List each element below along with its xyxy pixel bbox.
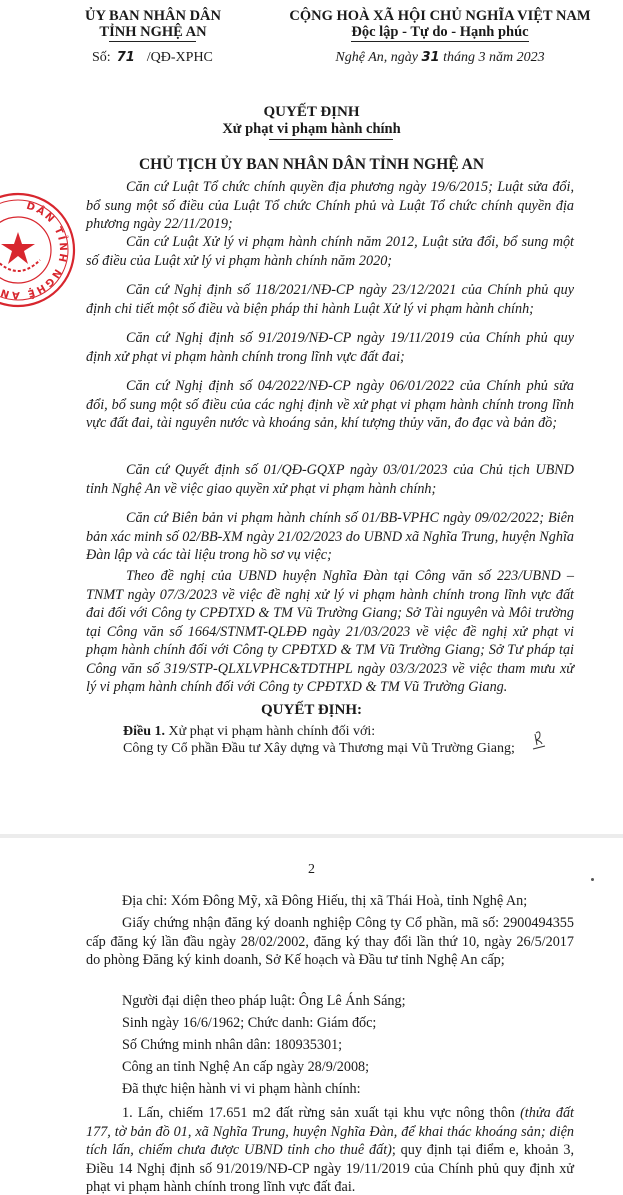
legal-representative: Người đại diện theo pháp luật: Ông Lê Án…: [122, 992, 574, 1011]
article-1: Điều 1. Xử phạt vi phạm hành chính đối v…: [123, 722, 375, 742]
issuing-authority: CHỦ TỊCH ỦY BAN NHÂN DÂN TỈNH NGHỆ AN: [0, 156, 623, 174]
violation-intro: Đã thực hiện hành vi vi phạm hành chính:: [122, 1080, 574, 1099]
agency-line-2: TỈNH NGHỆ AN: [60, 24, 246, 42]
legal-basis-7: Căn cứ Biên bản vi phạm hành chính số 01…: [86, 509, 574, 565]
agency-line-1: ỦY BAN NHÂN DÂN: [60, 8, 246, 24]
issuing-agency: ỦY BAN NHÂN DÂN TỈNH NGHỆ AN: [60, 8, 246, 42]
legal-basis-5: Căn cứ Nghị định số 04/2022/NĐ-CP ngày 0…: [86, 377, 574, 433]
issue-date: Nghệ An, ngày 31 tháng 3 năm 2023: [270, 50, 610, 66]
violator-company: Công ty Cổ phần Đầu tư Xây dựng và Thươn…: [123, 741, 515, 757]
nation-name: CỘNG HOÀ XÃ HỘI CHỦ NGHĨA VIỆT NAM: [270, 8, 610, 24]
scan-speck: [591, 878, 594, 881]
birth-date-title: Sinh ngày 16/6/1962; Chức danh: Giám đốc…: [122, 1014, 574, 1033]
id-issued: Công an tỉnh Nghệ An cấp ngày 28/9/2008;: [122, 1058, 574, 1077]
legal-basis-2: Căn cứ Luật Xử lý vi phạm hành chính năm…: [86, 233, 574, 270]
company-address: Địa chỉ: Xóm Đông Mỹ, xã Đông Hiếu, thị …: [122, 892, 574, 911]
legal-basis-4: Căn cứ Nghị định số 91/2019/NĐ-CP ngày 1…: [86, 329, 574, 366]
article-1-text: Xử phạt vi phạm hành chính đối với:: [169, 724, 376, 739]
violation-1: 1. Lấn, chiếm 17.651 m2 đất rừng sản xuấ…: [86, 1104, 574, 1195]
proposal-basis: Theo đề nghị của UBND huyện Nghĩa Đàn tạ…: [86, 567, 574, 697]
decision-heading: QUYẾT ĐỊNH:: [0, 702, 623, 719]
document-subject: Xử phạt vi phạm hành chính: [0, 121, 623, 140]
document-number: Số:71/QĐ-XPHC: [92, 50, 213, 66]
page-break: [0, 834, 623, 838]
issue-day: 31: [421, 50, 439, 65]
id-number: Số Chứng minh nhân dân: 180935301;: [122, 1036, 574, 1055]
document-number-value: 71: [117, 50, 135, 65]
initials-signature-icon: [530, 730, 548, 752]
official-seal-icon: DÂN TỈNH NGHỆ AN: [0, 190, 78, 310]
page-number: 2: [0, 862, 623, 878]
legal-basis-6: Căn cứ Quyết định số 01/QĐ-GQXP ngày 03/…: [86, 461, 574, 498]
document-type: QUYẾT ĐỊNH: [0, 104, 623, 121]
article-1-label: Điều 1.: [123, 724, 165, 739]
legal-basis-1: Căn cứ Luật Tổ chức chính quyền địa phươ…: [86, 178, 574, 234]
business-registration: Giấy chứng nhận đăng ký doanh nghiệp Côn…: [86, 914, 574, 970]
legal-basis-3: Căn cứ Nghị định số 118/2021/NĐ-CP ngày …: [86, 281, 574, 318]
national-header: CỘNG HOÀ XÃ HỘI CHỦ NGHĨA VIỆT NAM Độc l…: [270, 8, 610, 42]
national-motto: Độc lập - Tự do - Hạnh phúc: [351, 24, 528, 42]
